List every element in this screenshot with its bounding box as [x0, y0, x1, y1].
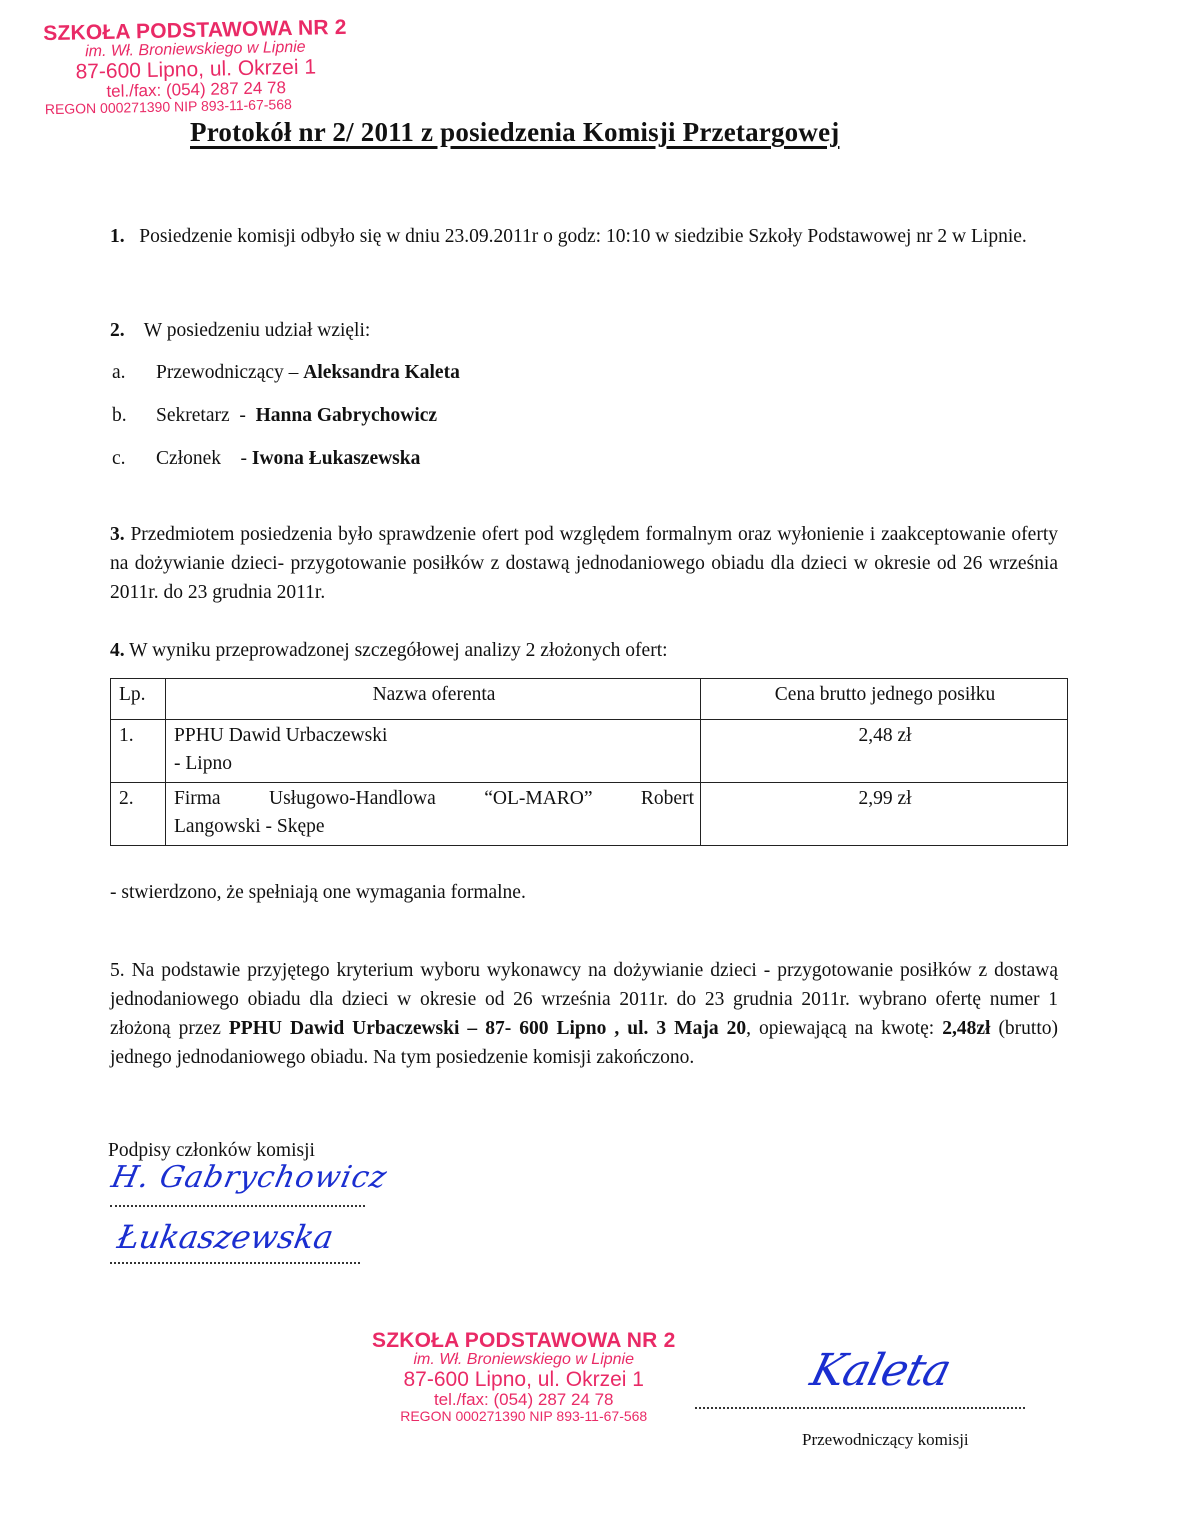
section-5-amount: 2,48zł [942, 1018, 990, 1039]
cell-lp: 1. [111, 720, 166, 783]
stamp-address: 87-600 Lipno, ul. Okrzei 1 [372, 1369, 675, 1391]
signature-kaleta: Kaleta [806, 1345, 956, 1396]
attendee-member: c.Członek - Iwona Łukaszewska [112, 448, 420, 470]
section-5: 5. Na podstawie przyjętego kryterium wyb… [110, 956, 1058, 1072]
stamp-school-name: SZKOŁA PODSTAWOWA NR 2 [372, 1330, 675, 1352]
section-3: 3. Przedmiotem posiedzenia było sprawdze… [110, 520, 1058, 607]
chair-signature-label: Przewodniczący komisji [802, 1430, 969, 1450]
cell-name: PPHU Dawid Urbaczewski - Lipno [166, 720, 701, 783]
attendee-secretary: b.Sekretarz - Hanna Gabrychowicz [112, 405, 437, 427]
section-5-text-b: , opiewającą na kwotę: [746, 1018, 942, 1039]
cell-name-line1: Firma Usługowo-Handlowa “OL-MARO” Robert [174, 785, 694, 813]
section-3-text: Przedmiotem posiedzenia było sprawdzenie… [110, 524, 1058, 603]
section-2: 2. W posiedzeniu udział wzięli: [110, 316, 1058, 345]
cell-price: 2,99 zł [701, 783, 1068, 846]
attendee-role: Sekretarz - [156, 405, 256, 426]
column-header-price: Cena brutto jednego posiłku [701, 679, 1068, 720]
attendee-name: Iwona Łukaszewska [252, 448, 421, 469]
signature-line-2 [110, 1262, 360, 1264]
section-2-text: W posiedzeniu udział wzięli: [144, 320, 371, 341]
cell-name: Firma Usługowo-Handlowa “OL-MARO” Robert… [166, 783, 701, 846]
section-4-text: W wyniku przeprowadzonej szczegółowej an… [129, 640, 667, 661]
cell-name-line2: - Lipno [174, 750, 694, 778]
attendee-chair: a.Przewodniczący – Aleksandra Kaleta [112, 362, 460, 384]
signature-gabrychowicz: H. Gabrychowicz [108, 1160, 390, 1195]
column-header-lp: Lp. [111, 679, 166, 720]
attendee-name: Hanna Gabrychowicz [256, 405, 437, 426]
attendee-role: Członek - [156, 448, 252, 469]
section-4-number: 4. [110, 640, 125, 661]
cell-lp: 2. [111, 783, 166, 846]
column-header-name: Nazwa oferenta [166, 679, 701, 720]
table-row: 2. Firma Usługowo-Handlowa “OL-MARO” Rob… [111, 783, 1068, 846]
signatures-label: Podpisy członków komisji [108, 1140, 315, 1162]
stamp-patron: im. Wł. Broniewskiego w Lipnie [372, 1352, 675, 1369]
attendee-letter: c. [112, 448, 156, 470]
attendee-role: Przewodniczący – [156, 362, 303, 383]
school-stamp-top: SZKOŁA PODSTAWOWA NR 2 im. Wł. Broniewsk… [43, 17, 348, 117]
table-header-row: Lp. Nazwa oferenta Cena brutto jednego p… [111, 679, 1068, 720]
section-1-text: Posiedzenie komisji odbyło się w dniu 23… [139, 226, 1027, 247]
document-title: Protokół nr 2/ 2011 z posiedzenia Komisj… [190, 117, 839, 148]
cell-name-line2: Langowski - Skępe [174, 813, 694, 841]
section-5-number: 5. [110, 960, 125, 981]
stamp-phone: tel./fax: (054) 287 24 78 [372, 1391, 675, 1409]
section-1: 1. Posiedzenie komisji odbyło się w dniu… [110, 222, 1058, 251]
attendee-name: Aleksandra Kaleta [303, 362, 460, 383]
offers-table: Lp. Nazwa oferenta Cena brutto jednego p… [110, 678, 1068, 846]
table-row: 1. PPHU Dawid Urbaczewski - Lipno 2,48 z… [111, 720, 1068, 783]
section-3-number: 3. [110, 524, 125, 545]
stamp-regon: REGON 000271390 NIP 893-11-67-568 [372, 1409, 675, 1424]
section-1-number: 1. [110, 226, 125, 247]
school-stamp-bottom: SZKOŁA PODSTAWOWA NR 2 im. Wł. Broniewsk… [372, 1330, 675, 1423]
signature-line-1 [110, 1205, 365, 1207]
section-5-company: PPHU Dawid Urbaczewski – 87- 600 Lipno ,… [229, 1018, 746, 1039]
cell-name-line1: PPHU Dawid Urbaczewski [174, 722, 694, 750]
signature-line-chair [695, 1407, 1025, 1409]
cell-price: 2,48 zł [701, 720, 1068, 783]
formal-requirements-conclusion: - stwierdzono, że spełniają one wymagani… [110, 882, 526, 904]
signature-lukaszewska: Łukaszewska [115, 1218, 337, 1256]
section-4: 4. W wyniku przeprowadzonej szczegółowej… [110, 636, 1058, 665]
attendee-letter: b. [112, 405, 156, 427]
section-2-number: 2. [110, 320, 125, 341]
attendee-letter: a. [112, 362, 156, 384]
